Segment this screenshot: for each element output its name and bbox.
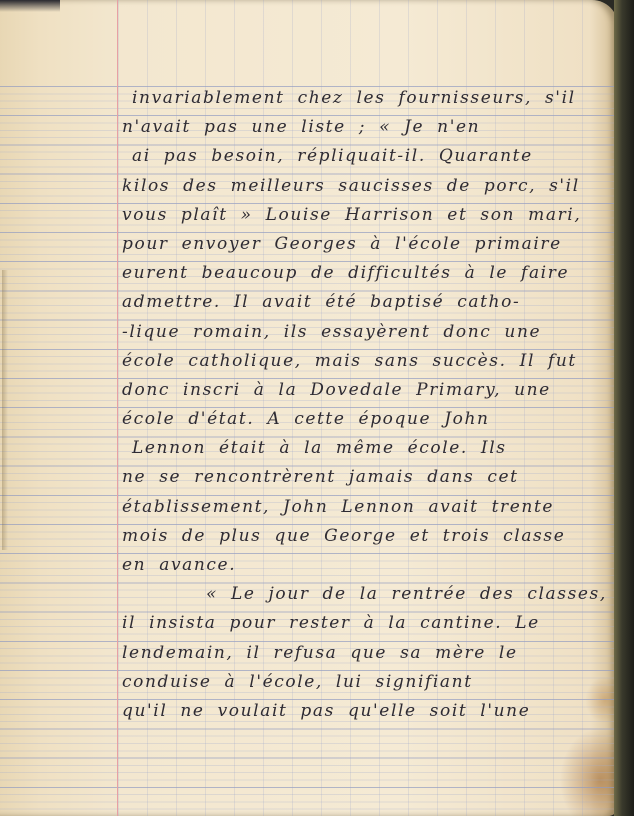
text-line: n'avait pas une liste ; « Je n'en (122, 113, 612, 142)
notebook-page: invariablement chez les fournisseurs, s'… (0, 0, 618, 816)
text-line: vous plaît » Louise Harrison et son mari… (122, 201, 612, 230)
text-line: invariablement chez les fournisseurs, s'… (122, 84, 612, 113)
text-line: école d'état. A cette époque John (122, 405, 612, 434)
text-line: -lique romain, ils essayèrent donc une (122, 318, 612, 347)
text-line: pour envoyer Georges à l'école primaire (122, 230, 612, 259)
margin-rule (117, 0, 118, 816)
text-line: école catholique, mais sans succès. Il f… (122, 347, 612, 376)
text-line: eurent beaucoup de difficultés à le fair… (122, 259, 612, 288)
handwritten-text: invariablement chez les fournisseurs, s'… (122, 84, 612, 726)
text-line: kilos des meilleurs saucisses de porc, s… (122, 172, 612, 201)
page-fold-crease (2, 270, 8, 550)
text-line: admettre. Il avait été baptisé catho- (122, 288, 612, 317)
text-line: qu'il ne voulait pas qu'elle soit l'une (122, 697, 612, 726)
text-line: il insista pour rester à la cantine. Le (122, 609, 612, 638)
text-line: établissement, John Lennon avait trente (122, 493, 612, 522)
text-line: lendemain, il refusa que sa mère le (122, 639, 612, 668)
text-line: ai pas besoin, répliquait-il. Quarante (122, 142, 612, 171)
notebook-binding-edge (614, 0, 634, 816)
text-line: mois de plus que George et trois classe (122, 522, 612, 551)
text-line: en avance. (122, 551, 612, 580)
text-line: ne se rencontrèrent jamais dans cet (122, 463, 612, 492)
page-top-shadow (0, 0, 60, 12)
text-line: « Le jour de la rentrée des classes, (122, 580, 612, 609)
text-line: Lennon était à la même école. Ils (122, 434, 612, 463)
text-line: conduise à l'école, lui signifiant (122, 668, 612, 697)
text-line: donc inscri à la Dovedale Primary, une (122, 376, 612, 405)
